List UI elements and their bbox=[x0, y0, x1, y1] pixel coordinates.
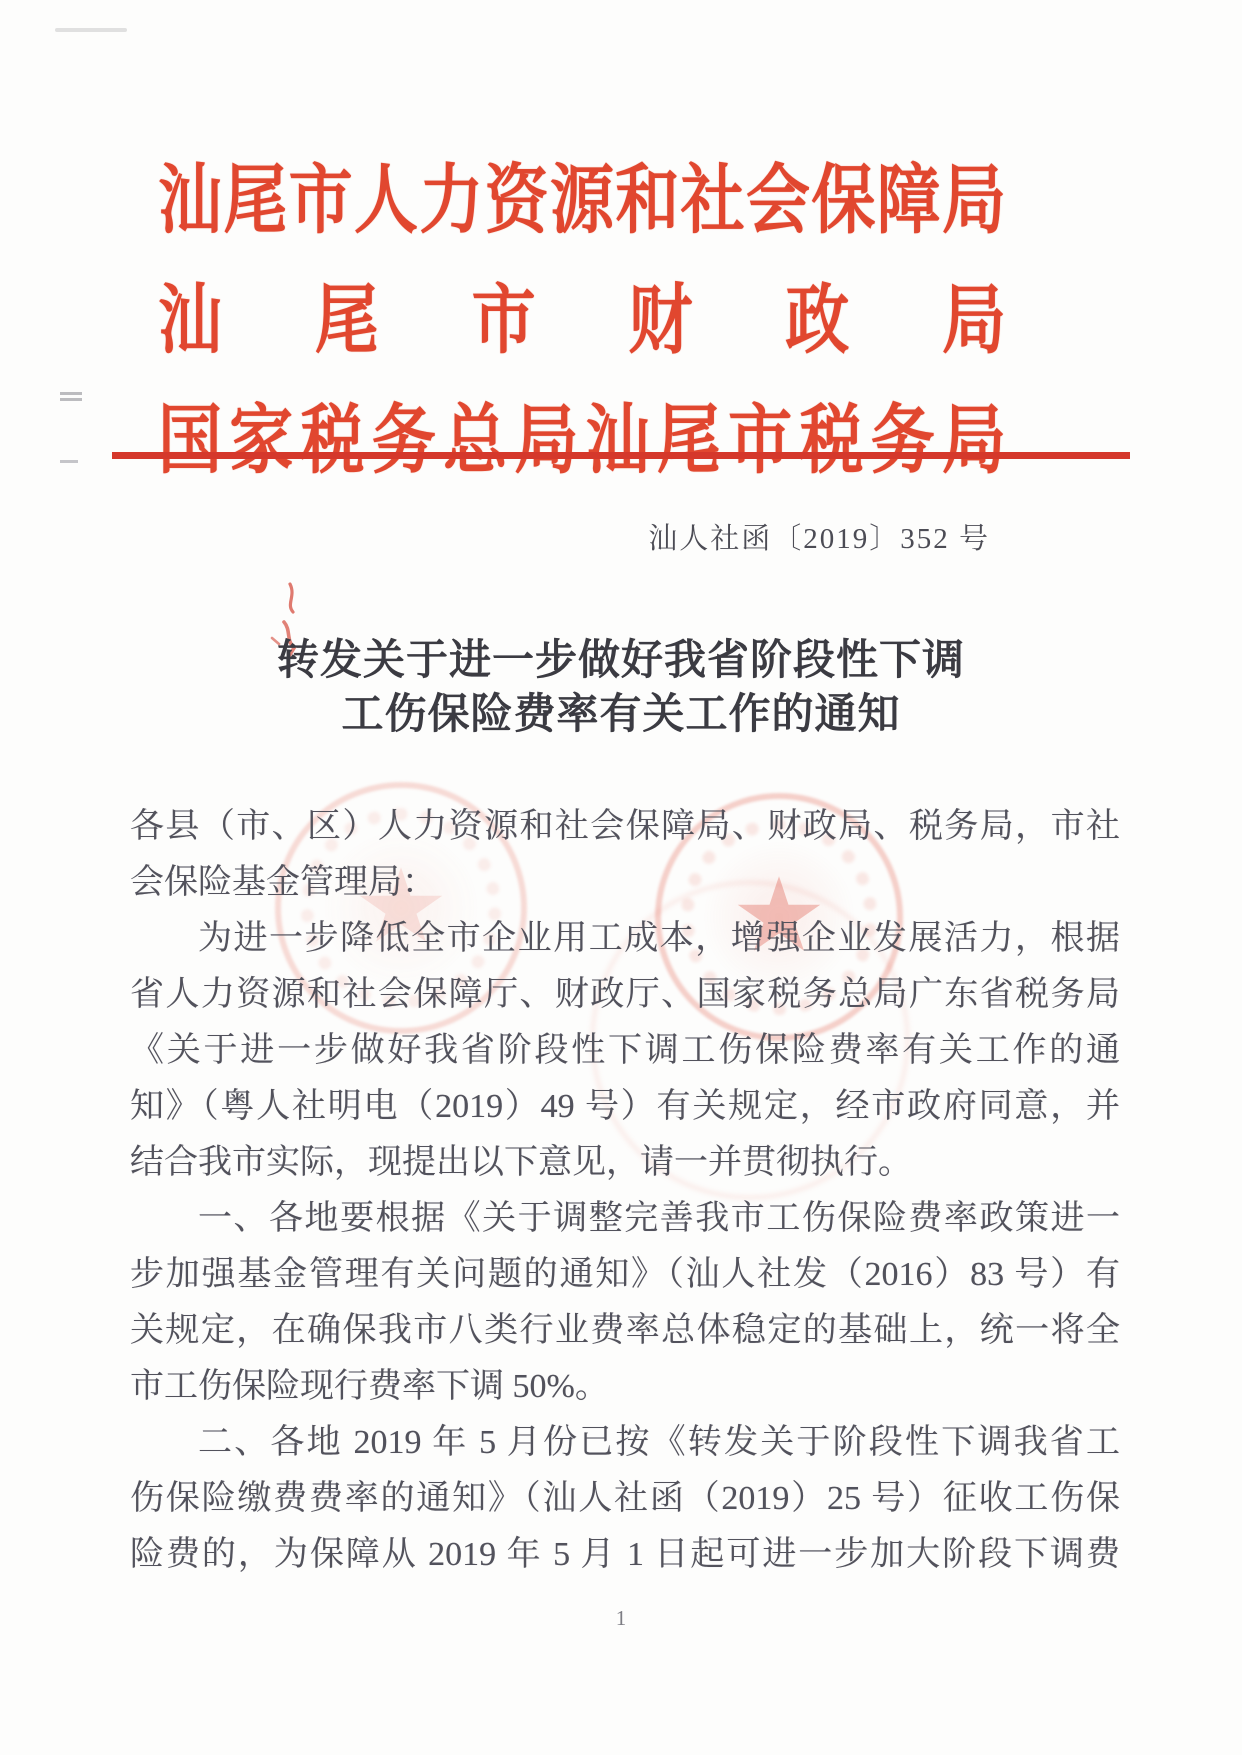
body-line: 步加强基金管理有关问题的通知》（汕人社发（2016）83 号）有 bbox=[130, 1247, 1120, 1303]
document-number: 汕人社函〔2019〕352 号 bbox=[648, 516, 990, 557]
red-divider-line bbox=[112, 452, 1130, 459]
page-number: 1 bbox=[0, 1606, 1242, 1631]
body-line: 二、各地 2019 年 5 月份已按《转发关于阶段性下调我省工 bbox=[130, 1415, 1120, 1471]
document-title-line-1: 转发关于进一步做好我省阶段性下调 bbox=[0, 634, 1242, 688]
body-line: 《关于进一步做好我省阶段性下调工伤保险费率有关工作的通 bbox=[130, 1023, 1120, 1079]
agency-name-line-2: 汕尾市财政局 bbox=[158, 260, 1006, 369]
body-line: 各县（市、区）人力资源和社会保障局、财政局、税务局，市社 bbox=[130, 799, 1120, 855]
document-title-line-2: 工伤保险费率有关工作的通知 bbox=[0, 688, 1242, 742]
scan-artifact-top bbox=[55, 28, 127, 32]
scan-artifact-margin-dash bbox=[60, 460, 78, 463]
body-line: 省人力资源和社会保障厅、财政厅、国家税务总局广东省税务局 bbox=[130, 967, 1120, 1023]
body-line: 为进一步降低全市企业用工成本，增强企业发展活力，根据 bbox=[130, 911, 1120, 967]
body-line: 伤保险缴费费率的通知》（汕人社函（2019）25 号）征收工伤保 bbox=[130, 1471, 1120, 1527]
body-line: 关规定，在确保我市八类行业费率总体稳定的基础上，统一将全 bbox=[130, 1303, 1120, 1359]
body-line: 一、各地要根据《关于调整完善我市工伤保险费率政策进一 bbox=[130, 1191, 1120, 1247]
body-line: 会保险基金管理局： bbox=[130, 855, 1120, 911]
agency-name-line-1: 汕尾市人力资源和社会保障局 bbox=[158, 140, 1006, 249]
scan-artifact-margin-equals bbox=[60, 392, 82, 401]
body-line: 险费的，为保障从 2019 年 5 月 1 日起可进一步加大阶段下调费 bbox=[130, 1527, 1120, 1583]
agency-name-line-3: 国家税务总局汕尾市税务局 bbox=[158, 380, 1006, 489]
document-body: 各县（市、区）人力资源和社会保障局、财政局、税务局，市社 会保险基金管理局： 为… bbox=[130, 799, 1120, 1583]
body-line: 知》（粤人社明电（2019）49 号）有关规定，经市政府同意，并 bbox=[130, 1079, 1120, 1135]
document-page: 汕尾市人力资源和社会保障局 汕尾市财政局 国家税务总局汕尾市税务局 汕人社函〔2… bbox=[0, 0, 1242, 1755]
body-line: 结合我市实际，现提出以下意见，请一并贯彻执行。 bbox=[130, 1135, 1120, 1191]
body-line: 市工伤保险现行费率下调 50%。 bbox=[130, 1359, 1120, 1415]
document-title: 转发关于进一步做好我省阶段性下调 工伤保险费率有关工作的通知 bbox=[0, 634, 1242, 742]
